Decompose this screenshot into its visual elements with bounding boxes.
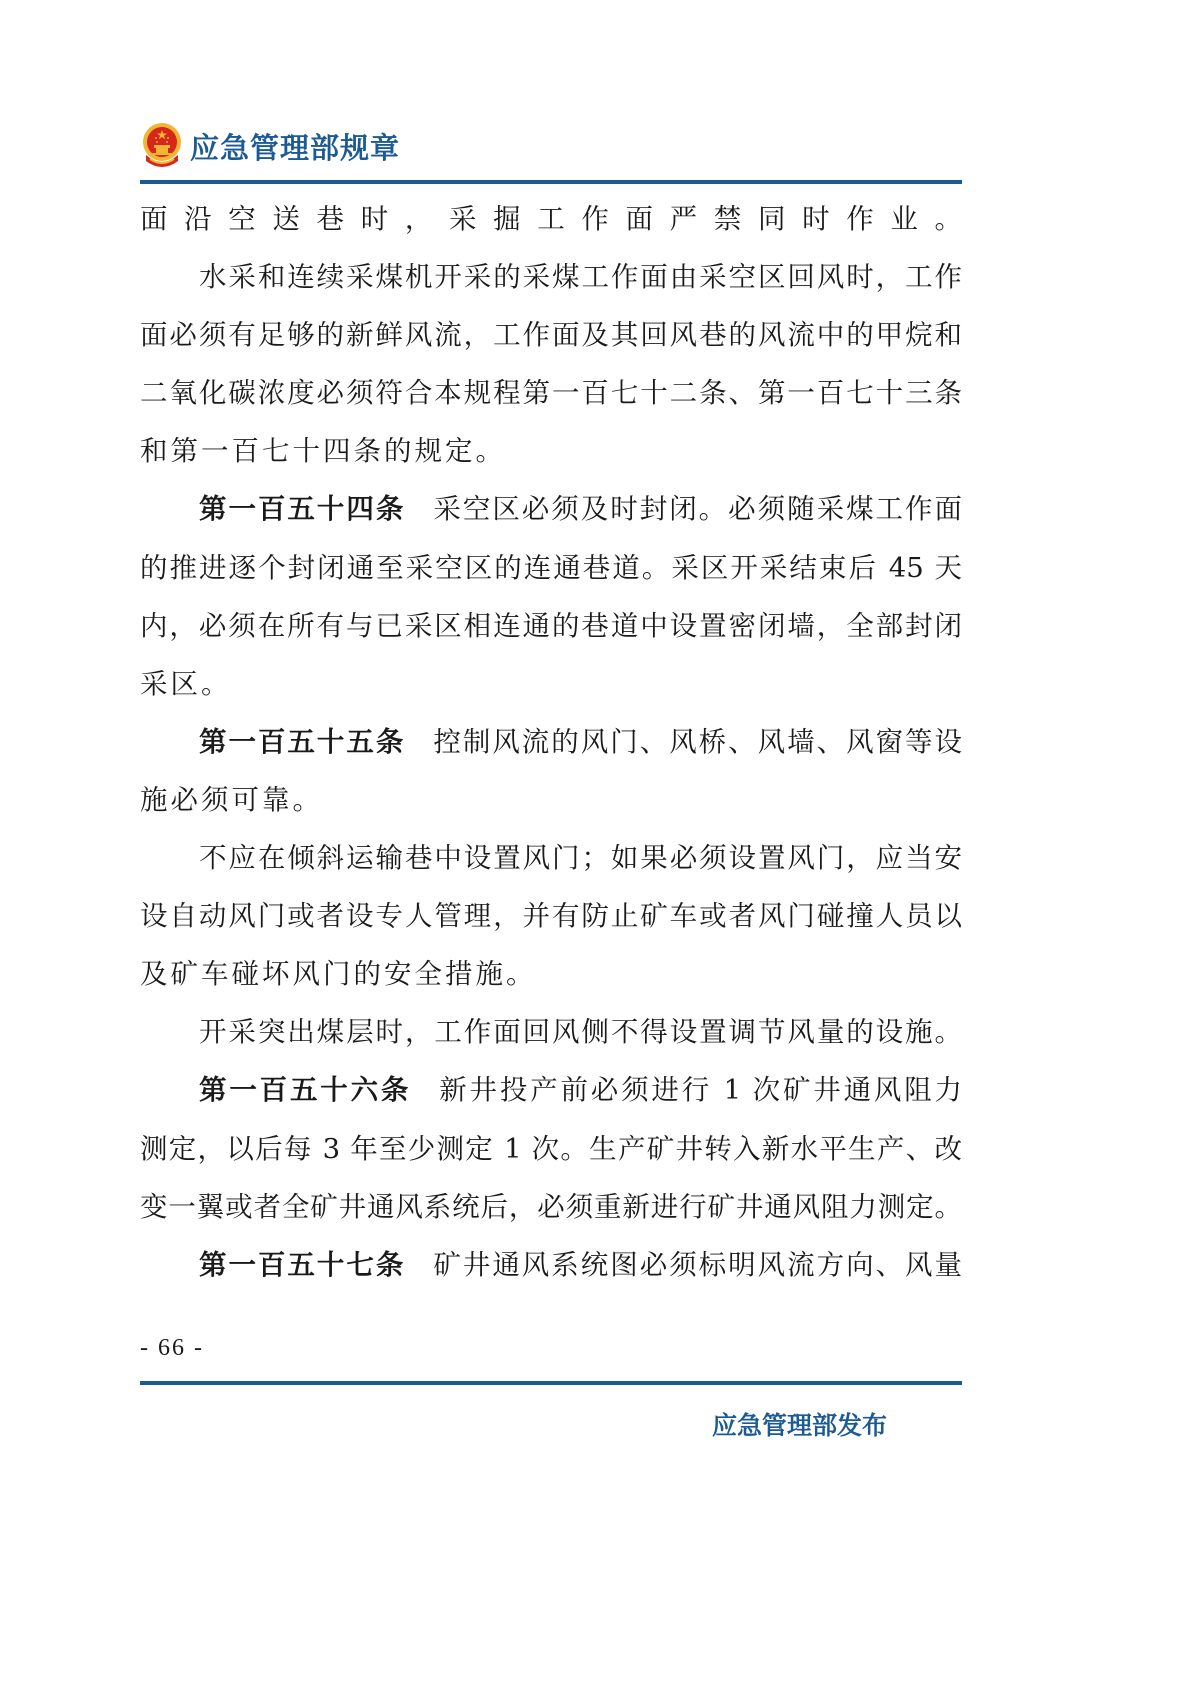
- body-line: 变一翼或者全矿井通风系统后，必须重新进行矿井通风阻力测定。: [140, 1178, 962, 1236]
- line-text: 控制风流的风门、风桥、风墙、风窗等设: [433, 726, 962, 758]
- article-number: 第一百五十六条: [199, 1074, 411, 1106]
- line-text: 内，必须在所有与已采区相连通的巷道中设置密闭墙，全部封闭: [140, 610, 962, 642]
- line-text: 新井投产前必须进行 1 次矿井通风阻力: [439, 1074, 962, 1106]
- article-157-heading-line: 第一百五十七条矿井通风系统图必须标明风流方向、风量: [140, 1236, 962, 1294]
- article-number: 第一百五十四条: [199, 493, 405, 525]
- document-body: 面沿空送巷时，采掘工作面严禁同时作业。 水采和连续采煤机开采的采煤工作面由采空区…: [140, 190, 962, 1294]
- header-divider: [140, 180, 962, 184]
- article-155-heading-line: 第一百五十五条控制风流的风门、风桥、风墙、风窗等设: [140, 713, 962, 771]
- body-line: 水采和连续采煤机开采的采煤工作面由采空区回风时，工作: [140, 248, 962, 306]
- line-text: 设自动风门或者设专人管理，并有防止矿车或者风门碰撞人员以: [140, 900, 962, 932]
- body-line: 面沿空送巷时，采掘工作面严禁同时作业。: [140, 190, 962, 248]
- article-number: 第一百五十五条: [199, 726, 405, 758]
- body-line: 和第一百七十四条的规定。: [140, 422, 962, 480]
- footer-divider: [140, 1381, 962, 1385]
- line-text: 二氧化碳浓度必须符合本规程第一百七十二条、第一百七十三条: [140, 377, 962, 409]
- line-text: 及矿车碰坏风门的安全措施。: [140, 958, 537, 990]
- body-line: 不应在倾斜运输巷中设置风门；如果必须设置风门，应当安: [140, 829, 962, 887]
- page-number: - 66 -: [140, 1335, 204, 1362]
- line-text: 水采和连续采煤机开采的采煤工作面由采空区回风时，工作: [199, 261, 962, 293]
- line-text: 开采突出煤层时，工作面回风侧不得设置调节风量的设施。: [199, 1016, 962, 1048]
- article-156-heading-line: 第一百五十六条新井投产前必须进行 1 次矿井通风阻力: [140, 1061, 962, 1119]
- body-line: 的推进逐个封闭通至采空区的连通巷道。采区开采结束后 45 天: [140, 539, 962, 597]
- body-line: 设自动风门或者设专人管理，并有防止矿车或者风门碰撞人员以: [140, 887, 962, 945]
- article-154-heading-line: 第一百五十四条采空区必须及时封闭。必须随采煤工作面: [140, 480, 962, 538]
- body-line: 测定，以后每 3 年至少测定 1 次。生产矿井转入新水平生产、改: [140, 1120, 962, 1178]
- document-header: 应急管理部规章: [140, 118, 400, 174]
- body-line: 采区。: [140, 655, 962, 713]
- line-text: 面必须有足够的新鲜风流，工作面及其回风巷的风流中的甲烷和: [140, 319, 962, 351]
- header-title: 应急管理部规章: [190, 126, 400, 167]
- body-line: 面必须有足够的新鲜风流，工作面及其回风巷的风流中的甲烷和: [140, 306, 962, 364]
- line-text: 面沿空送巷时，采掘工作面严禁同时作业。: [140, 203, 962, 235]
- line-text: 采区。: [140, 668, 232, 700]
- line-text: 不应在倾斜运输巷中设置风门；如果必须设置风门，应当安: [199, 842, 962, 874]
- body-line: 施必须可靠。: [140, 771, 962, 829]
- line-text: 施必须可靠。: [140, 784, 323, 816]
- footer-publisher: 应急管理部发布: [712, 1406, 887, 1442]
- line-text: 测定，以后每 3 年至少测定 1 次。生产矿井转入新水平生产、改: [140, 1133, 962, 1165]
- line-text: 和第一百七十四条的规定。: [140, 435, 506, 467]
- line-text: 变一翼或者全矿井通风系统后，必须重新进行矿井通风阻力测定。: [140, 1191, 962, 1223]
- line-text: 的推进逐个封闭通至采空区的连通巷道。采区开采结束后 45 天: [140, 552, 962, 584]
- body-line: 内，必须在所有与已采区相连通的巷道中设置密闭墙，全部封闭: [140, 597, 962, 655]
- body-line: 开采突出煤层时，工作面回风侧不得设置调节风量的设施。: [140, 1003, 962, 1061]
- line-text: 矿井通风系统图必须标明风流方向、风量: [433, 1249, 962, 1281]
- article-number: 第一百五十七条: [199, 1249, 405, 1281]
- body-line: 二氧化碳浓度必须符合本规程第一百七十二条、第一百七十三条: [140, 364, 962, 422]
- line-text: 采空区必须及时封闭。必须随采煤工作面: [433, 493, 962, 525]
- body-line: 及矿车碰坏风门的安全措施。: [140, 945, 962, 1003]
- national-emblem-icon: [140, 121, 184, 171]
